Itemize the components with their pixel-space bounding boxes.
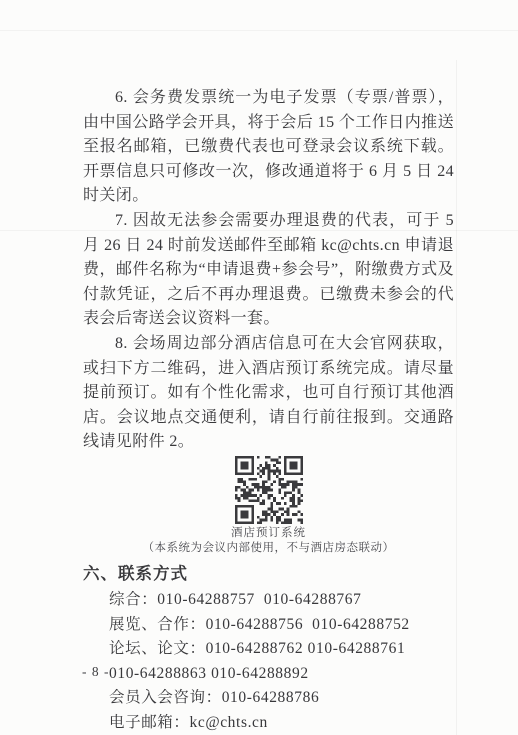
- contact-line-forum-papers-cont: 010-64288863 010-64288892: [109, 662, 454, 687]
- scan-artifact-line: [456, 60, 457, 735]
- contact-line-general: 综合：010-64288757 010-64288767: [109, 588, 454, 613]
- qr-note: （本系统为会议内部使用，不与酒店房态联动）: [83, 541, 454, 556]
- paragraph-invoice-info: 6. 会务费发票统一为电子发票（专票/普票），由中国公路学会开具，将于会后 15…: [83, 86, 454, 209]
- hotel-booking-qr-code: [233, 456, 305, 524]
- document-page: 6. 会务费发票统一为电子发票（专票/普票），由中国公路学会开具，将于会后 15…: [0, 0, 518, 735]
- contact-line-exhibition-cooperation: 展览、合作：010-64288756 010-64288752: [109, 613, 454, 638]
- paragraph-hotel-booking: 8. 会场周边部分酒店信息可在大会官网获取，或扫下方二维码，进入酒店预订系统完成…: [83, 332, 454, 455]
- page-number: - 8 -: [82, 664, 110, 680]
- contact-line-email: 电子邮箱：kc@chts.cn: [109, 711, 454, 735]
- contact-section-heading: 六、联系方式: [83, 563, 454, 585]
- contact-list: 综合：010-64288757 010-64288767 展览、合作：010-6…: [83, 588, 454, 735]
- page-content: 6. 会务费发票统一为电子发票（专票/普票），由中国公路学会开具，将于会后 15…: [83, 86, 454, 735]
- paragraph-refund-policy: 7. 因故无法参会需要办理退费的代表，可于 5 月 26 日 24 时前发送邮件…: [83, 209, 454, 332]
- hotel-qr-block: 酒店预订系统 （本系统为会议内部使用，不与酒店房态联动）: [83, 456, 454, 556]
- contact-line-membership: 会员入会咨询：010-64288786: [109, 686, 454, 711]
- scan-artifact-line: [0, 30, 518, 31]
- contact-line-forum-papers: 论坛、论文：010-64288762 010-64288761: [109, 637, 454, 662]
- qr-caption: 酒店预订系统: [83, 526, 454, 541]
